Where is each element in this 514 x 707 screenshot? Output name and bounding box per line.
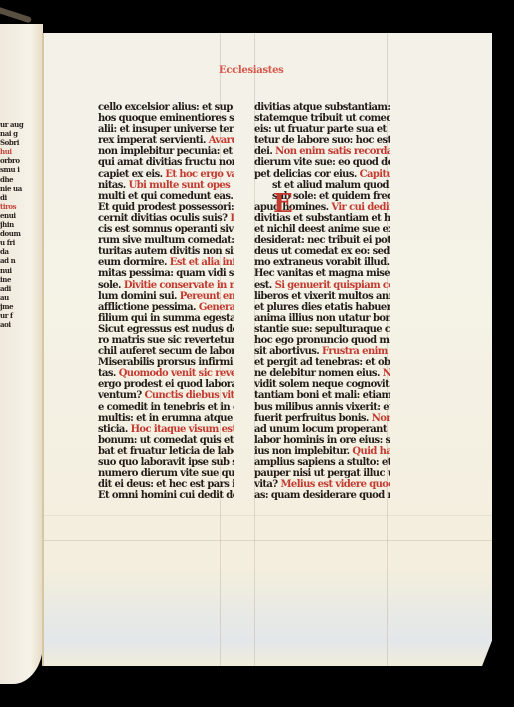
text-line: sole. Divitie conservate in ma (98, 279, 234, 291)
text-line: afflictione pessima. Generavit (98, 301, 234, 313)
text-line: amplius sapiens a stulto: et quid (254, 457, 390, 469)
text-line: divitias atque substantiam: pote (254, 102, 390, 114)
facing-text-line: hui (0, 147, 24, 156)
ruling-line-horizontal (44, 515, 492, 516)
running-head: Ecclesiastes (219, 65, 279, 76)
facing-text-line: aoi (0, 320, 24, 329)
manuscript-page: Ecclesiastes cello excelsior alius: et s… (42, 33, 492, 666)
text-line: nitas. Ubi multe sunt opes (98, 179, 234, 191)
text-line: est. Si genuerit quispiam centum (254, 279, 390, 291)
facing-text-line: nai g (0, 129, 24, 138)
text-line: multis: et in erumna atque tri (98, 412, 234, 424)
text-line: et plures dies etatis habuerit: et (254, 301, 390, 313)
text-line: bonum: ut comedat quis et bi (98, 435, 234, 447)
facing-text-line: ur aug (0, 120, 24, 129)
text-line: cis est somnus operanti sive pa (98, 224, 234, 236)
text-line: et nichil deest anime sue ex omnibus que (254, 224, 390, 236)
text-line: suo quo laboravit ipse sub sole (98, 457, 234, 469)
text-line: bat et fruatur leticia de labore (98, 446, 234, 458)
text-line: lum domini sui. Pereunt enim in (98, 290, 234, 302)
ruling-line-horizontal (44, 540, 492, 541)
facing-page-text: ur augnai gSobrihuiorbrosmu idhenie uadi… (0, 120, 24, 577)
text-line: chil auferet secum de labore suo. (98, 346, 234, 358)
facing-text-line: di (0, 193, 24, 202)
text-line: hoc ego pronuncio quod melior illo (254, 335, 390, 347)
facing-text-line: Sobri (0, 138, 24, 147)
facing-text-line: ad n (0, 256, 24, 265)
text-line: cello excelsior alius: et sup (98, 102, 234, 114)
facing-text-line: jhin (0, 220, 24, 229)
text-line: sit abortivus. Frustra enim venit (254, 346, 390, 358)
text-line: Sicut egressus est nudus de ute (98, 324, 234, 336)
text-line: capiet ex eis. Et hoc ergo va (98, 168, 234, 180)
rubricated-initial: E (273, 192, 291, 216)
facing-text-line: adi (0, 284, 24, 293)
text-line: stantie sue: sepulturaque careat: de (254, 324, 390, 336)
text-line: as: quam desiderare quod nescias. Sed (254, 490, 390, 502)
text-line: hos quoque eminentiores sunt (98, 113, 234, 125)
facing-text-line: ine (0, 275, 24, 284)
text-line: fuerit perfruitus bonis. Nonne (254, 412, 390, 424)
facing-text-line: dhe (0, 175, 24, 184)
text-line: ro matris sue sic revertetur: et ni (98, 335, 234, 347)
facing-text-line: enui (0, 211, 24, 220)
facing-page-left: ur augnai gSobrihuiorbrosmu idhenie uadi… (0, 24, 43, 684)
text-line: qui amat divitias fructu non (98, 157, 234, 169)
text-line: pet delicias cor eius. Capitulum vi. (254, 168, 390, 180)
facing-text-line: jme (0, 302, 24, 311)
facing-text-line: ur f (0, 311, 24, 320)
text-line: bus milibus annis vixerit: et non (254, 401, 390, 413)
text-line: ventum? Cunctis diebus vite su (98, 390, 234, 402)
facing-text-line: nui (0, 266, 24, 275)
text-line: cernit divitias oculis suis? Dul (98, 213, 234, 225)
text-line: ad unum locum properant omnia: omnis (254, 423, 390, 435)
text-column-right: divitias atque substantiam: potestatemqu… (254, 102, 390, 501)
text-line: ius non implebitur. Quid habet (254, 446, 390, 458)
facing-text-line: tiros (0, 202, 24, 211)
facing-text-line: doum (0, 229, 24, 238)
text-line: anima illius non utatur bonis sub (254, 313, 390, 325)
text-line: mitas pessima: quam vidi sub (98, 268, 234, 280)
text-line: e comedit in tenebris et in curis (98, 401, 234, 413)
facing-text-line: nie ua (0, 184, 24, 193)
text-line: liberos et vixerit multos annos (254, 290, 390, 302)
facing-text-line: da (0, 247, 24, 256)
text-line: filium qui in summa egestate erit. (98, 313, 234, 325)
book-binding-clasp (0, 7, 32, 24)
text-line: pauper nisi ut pergat illuc ubi est (254, 468, 390, 480)
text-line: tantiam boni et mali: etiam si duo (254, 390, 390, 402)
text-line: Et quid prodest possessori: nisi (98, 202, 234, 214)
text-line: multi et qui comedunt eas. (98, 190, 234, 202)
text-line: Et omni homini cui dedit deus (98, 490, 234, 502)
text-line: Hec vanitas et magna miseria (254, 268, 390, 280)
text-line: statemque tribuit ut comedat ex (254, 113, 390, 125)
facing-text-line: au (0, 293, 24, 302)
text-line: sticia. Hoc itaque visum est michi (98, 423, 234, 435)
text-line: labor hominis in ore eius: sed anima e (254, 435, 390, 447)
text-column-left: cello excelsior alius: et suphos quoque … (98, 102, 234, 501)
facing-text-line: u fri (0, 238, 24, 247)
facing-text-line: smu i (0, 165, 24, 174)
text-line: dierum vite sue: eo quod deus occu (254, 157, 390, 169)
text-line: numero dierum vite sue quos de (98, 468, 234, 480)
facing-text-line: orbro (0, 156, 24, 165)
